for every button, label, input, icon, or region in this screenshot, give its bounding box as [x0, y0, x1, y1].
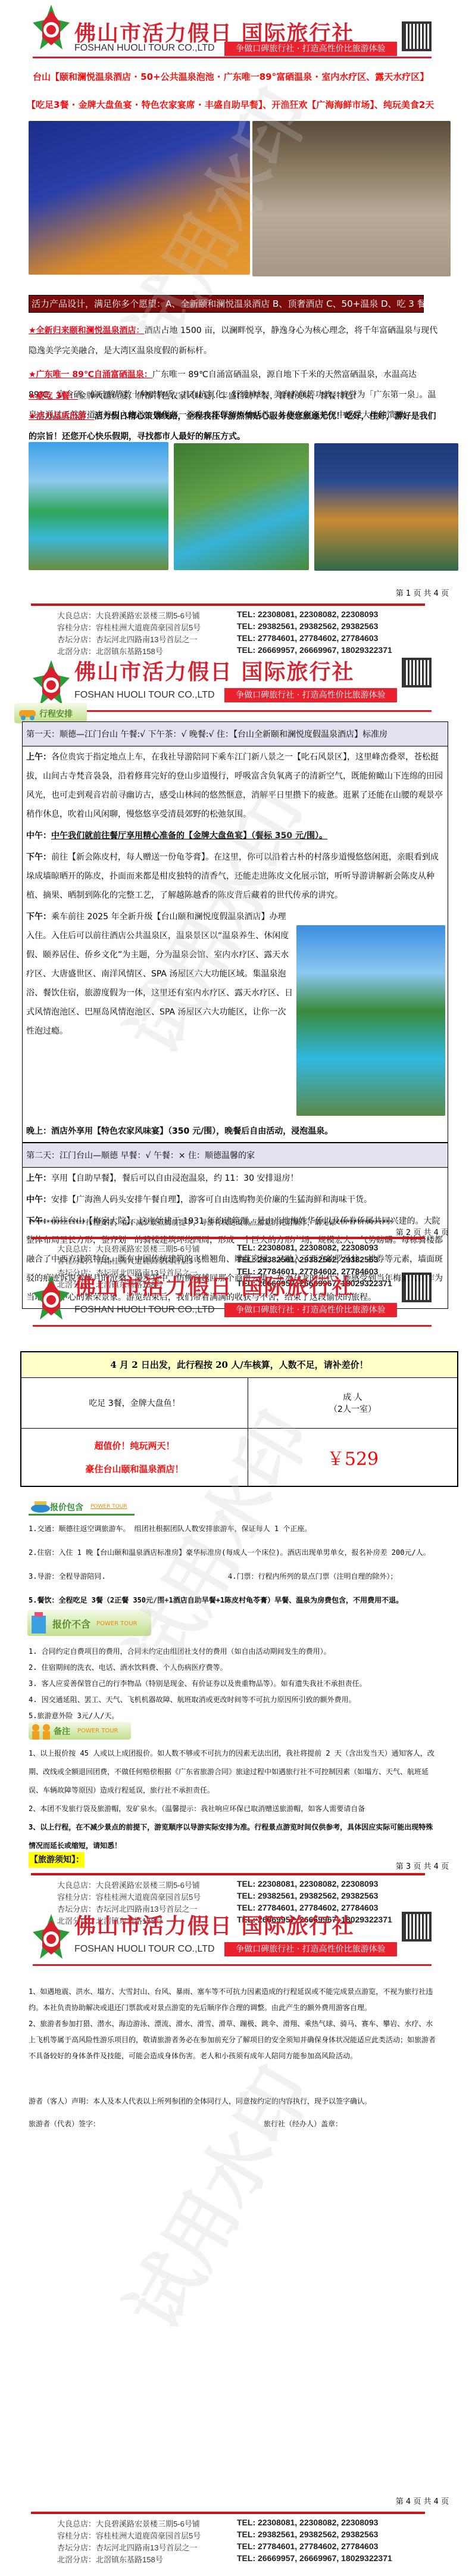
itinerary-section-label: 行程安排 — [14, 703, 87, 723]
company-slogan: 争做口碑旅行社 · 打造高性价比旅游体验 — [224, 688, 397, 702]
day-1-afternoon-hotel: 下午：乘车前往 2025 年全新升级【台山颐和澜悦度假温泉酒店】办理入住。入住后… — [23, 906, 448, 1121]
notice-item: 1、如遇地震、洪水、塌方、大雪封山、台风、暴雨、塞车等不可抗力因素造成的行程延误… — [29, 1984, 439, 2016]
company-name-cn: 佛山市活力假日 国际旅行社 — [74, 1909, 355, 1940]
footer-divider — [31, 1237, 425, 1239]
company-slogan: 争做口碑旅行社 · 打造高性价比旅游体验 — [224, 1303, 397, 1317]
branch-tel: TEL: 29382561, 29382562, 29382563 — [237, 621, 378, 631]
page-number: 第 3 页 共 4 页 — [396, 1860, 449, 1871]
branch-name: 杏坛分店：杏坛河北四路南13号首层之一 — [57, 633, 197, 645]
company-logo-icon — [33, 1275, 70, 1323]
pricing-product: 吃足 3餐，金牌大盘鱼！ — [21, 1378, 248, 1428]
watermark: 试用水印 — [99, 2046, 330, 2345]
pool-photo-1 — [29, 442, 168, 570]
excludes-item: 1. 合同约定自费项目的费用，合同未约定由组团社支付的费用（如自由活动期间发生的… — [29, 1645, 367, 1662]
tourist-signature-field[interactable]: 旅游者（代表）签字： — [29, 2118, 100, 2129]
highlight-head: ★全新归来颐和澜悦温泉酒店： — [29, 326, 145, 335]
qr-code-icon — [402, 1273, 432, 1302]
includes-item: 2.住宿：入住 1 晚【台山颐和温泉酒店标准房】豪华标准房(每成人一个床位)。酒… — [29, 1547, 430, 1570]
day-2-header: 第二天：江门台山—顺德 早餐：√ 午餐：× 住：顺德温馨的家 — [23, 1142, 448, 1168]
includes-item: 3.导游：全程导游陪同. — [29, 1570, 228, 1594]
itinerary-note: ****************行程安排，在不减少景点的前提下，导游有权更改景点… — [29, 1217, 393, 1227]
hotel-pool-photo — [296, 925, 445, 1116]
highlights-banner: 活力产品设计，满足你多个愿望：A、全新颐和澜悦温泉酒店 B、顶奢酒店 C、50+… — [29, 295, 424, 313]
company-name-cn: 佛山市活力假日 国际旅行社 — [74, 1270, 355, 1301]
company-header: 佛山市活力假日 国际旅行社 FOSHAN HUOLI TOUR CO.,LTD … — [33, 1270, 432, 1327]
header-divider — [33, 710, 432, 712]
hotel-night-photo — [29, 121, 250, 275]
pricing-table: 4 月 2 日出发，此行程按 20 人/车核算，人数不足，请补差价！ 吃足 3餐… — [20, 1351, 458, 1487]
highlight-hotel: ★全新归来颐和澜悦温泉酒店：酒店占地 1500 亩，以澜畔悦享，静逸身心为核心理… — [29, 321, 439, 361]
car-icon — [17, 705, 38, 721]
day-1-afternoon: 下午：前往【新会陈皮村，每人赠送一份龟苓膏】。在这里，你可以沿着古朴的村落步道慢… — [23, 847, 448, 906]
day-2-noon: 中午：安排【广海渔人码头安排午餐自理】，游客可自由选购物美价廉的生猛海鲜和海味干… — [23, 1189, 448, 1211]
company-slogan: 争做口碑旅行社 · 打造高性价比旅游体验 — [224, 1942, 397, 1956]
company-name-en: FOSHAN HUOLI TOUR CO.,LTD — [74, 1305, 215, 1315]
company-name-en: FOSHAN HUOLI TOUR CO.,LTD — [74, 43, 215, 54]
agency-stamp-field[interactable]: 旅行社（经办人）盖章： — [264, 2118, 342, 2129]
remarks-section-label: 备注 POWER TOUR — [29, 1722, 131, 1740]
header-divider — [33, 1964, 432, 1966]
customer-declaration: 游者（客人）声明：本人及本人代表以上所列参团的全体同行人，同意按约定的内容执行，… — [29, 2096, 371, 2106]
excludes-item: 4. 因交通延阻、罢工、天气、飞机机器故障、航班取消或更改时间等不可抗力原因所引… — [29, 1694, 367, 1710]
company-logo-icon — [33, 5, 70, 52]
people-icon — [30, 1722, 54, 1740]
hotel-lobby-photo — [252, 121, 451, 276]
company-logo-icon — [33, 660, 70, 708]
travel-notice-label: 【旅游须知】： — [29, 1852, 85, 1868]
includes-item: 1.交通：顺德往返空调旅游车。 组团社根据团队人数安排旅游车，保证每人 1 个正… — [29, 1523, 430, 1547]
branch-tel: TEL: 22308081, 22308082, 22308093 — [237, 609, 378, 619]
highlight-meals: ★豪吃 3餐：金牌大盘鱼宴，侨都特色农家风味宴，丰盛自助早餐，餐餐美味，餐餐特色… — [29, 386, 439, 406]
header-divider — [33, 57, 432, 58]
remarks-item: 2、本团不发旅行袋及旅游帽，发矿泉水。（温馨提示：我社响应环保已取消赠送旅游帽，… — [29, 1800, 439, 1818]
day-1-header: 第一天：顺德—江门台山 午餐:√ 下午茶：√ 晚餐:√ 住：【台山全新颐和澜悦度… — [23, 722, 448, 746]
title-line-2: 【吃足3餐 · 金牌大盘鱼宴 · 特色农家宴席 · 丰盛自助早餐】、开渔狂欢【广… — [27, 98, 434, 111]
shopping-bag-icon — [30, 1611, 48, 1635]
remarks-item: 3、以上行程，在不减少景点的前提下，游览顺序以导游实际安排为准。行程景点游览时间… — [29, 1818, 439, 1855]
company-name-en: FOSHAN HUOLI TOUR CO.,LTD — [74, 1944, 215, 1955]
company-header: 佛山市活力假日 国际旅行社 FOSHAN HUOLI TOUR CO.,LTD … — [33, 655, 432, 712]
remarks-item: 1、以上报价按 45 人或以上成团报价。如人数不够或不可抗力的因素无法出团，我社… — [29, 1744, 439, 1800]
pricing-price: ￥529 — [248, 1429, 457, 1486]
footer-divider — [31, 2512, 425, 2514]
bowl-icon — [30, 1500, 51, 1513]
includes-section-label: 报价包含POWER TOUR — [29, 1499, 135, 1516]
pricing-promo: 超值价！纯玩两天！ 豪住台山颐和温泉酒店！ — [21, 1429, 248, 1486]
excludes-item: 3. 客人应妥善保管自己的行李物品（特别是现金、有价证券以及贵重物品等）。如有遗… — [29, 1678, 367, 1694]
footer-divider — [31, 603, 425, 606]
company-logo-icon — [33, 1914, 70, 1962]
includes-item: 4.门票：行程内所列的景点门票（注明自理的除外）； — [228, 1570, 397, 1594]
day-1-morning: 上午：各位贵宾于指定地点上车，在我社导游陪同下乘车江门新八景之一【叱石风景区】，… — [23, 746, 448, 825]
pool-photo-3 — [314, 443, 458, 571]
page-number: 第 2 页 共 4 页 — [396, 1226, 449, 1237]
qr-code-icon — [402, 1912, 432, 1942]
qr-code-icon — [402, 21, 432, 51]
company-header: 佛山市活力假日 国际旅行社 FOSHAN HUOLI TOUR CO.,LTD … — [33, 1909, 432, 1966]
title-line-1: 台山【颐和澜悦温泉酒店 · 50+公共温泉泡池 · 广东唯一89°富硒温泉 · … — [33, 70, 429, 83]
excludes-item: 2. 住宿期间的洗衣、电话、酒水饮料费、个人伤病医疗费等。 — [29, 1662, 367, 1678]
qr-code-icon — [402, 658, 432, 687]
header-divider — [33, 1325, 432, 1327]
day-2-morning: 上午：享用【自助早餐】，餐后可以自由浸泡温泉，约 11：30 安排退房！ — [23, 1168, 448, 1189]
branch-tel: TEL: 27784601, 27784602, 27784603 — [237, 633, 378, 643]
notice-item: 2、旅游者参加打猎、潜水、海边游泳、漂流、滑水、滑雪、滑草、蹦极、跳伞、滑翔、乘… — [29, 2016, 439, 2064]
pricing-adult-label: 成 人 （2人一室） — [248, 1378, 457, 1428]
company-header: 佛山市活力假日 国际旅行社 FOSHAN HUOLI TOUR CO.,LTD … — [33, 0, 432, 57]
branch-name: 大良总店：大良碧溪路宏景楼三期5-6号铺 — [57, 609, 200, 621]
branch-tel: TEL: 26669957, 26669967, 18029322371 — [237, 645, 392, 655]
company-slogan: 争做口碑旅行社 · 打造高性价比旅游体验 — [224, 42, 397, 56]
pricing-header: 4 月 2 日出发，此行程按 20 人/车核算，人数不足，请补差价！ — [21, 1352, 457, 1378]
company-name-en: FOSHAN HUOLI TOUR CO.,LTD — [74, 690, 215, 701]
pool-photo-2 — [174, 443, 309, 570]
company-name-cn: 佛山市活力假日 国际旅行社 — [74, 655, 355, 686]
branch-name: 容桂分店：容桂桂洲大道鹿茵豪园首层5号 — [57, 621, 201, 633]
excludes-list: 1. 合同约定自费项目的费用，合同未约定由组团社支付的费用（如自由活动期间发生的… — [29, 1645, 367, 1726]
excludes-section-label: 报价不含 POWER TOUR — [27, 1610, 151, 1636]
page-number: 第 1 页 共 4 页 — [396, 587, 449, 598]
day-1-noon: 中午：中午我们就前往餐厅享用精心准备的【金牌大盘鱼宴】（餐标 350 元/围）。 — [23, 825, 448, 847]
travel-notice-list: 1、如遇地震、洪水、塌方、大雪封山、台风、暴雨、塞车等不可抗力因素造成的行程延误… — [29, 1984, 439, 2064]
highlight-quality: ★活力品质出游：活力假日精心策划线路，全程我社导游热情贴心服务使您旅途无忧！吃好… — [29, 406, 439, 447]
remarks-list: 1、以上报价按 45 人或以上成团报价。如人数不够或不可抗力的因素无法出团，我社… — [29, 1744, 439, 1855]
day-1-evening: 晚上：酒店外享用【特色农家风味宴】（350 元/围），晚餐后自由活动，浸泡温泉。 — [23, 1121, 448, 1142]
footer-divider — [31, 1873, 425, 1875]
page-number: 第 4 页 共 4 页 — [396, 2495, 449, 2506]
